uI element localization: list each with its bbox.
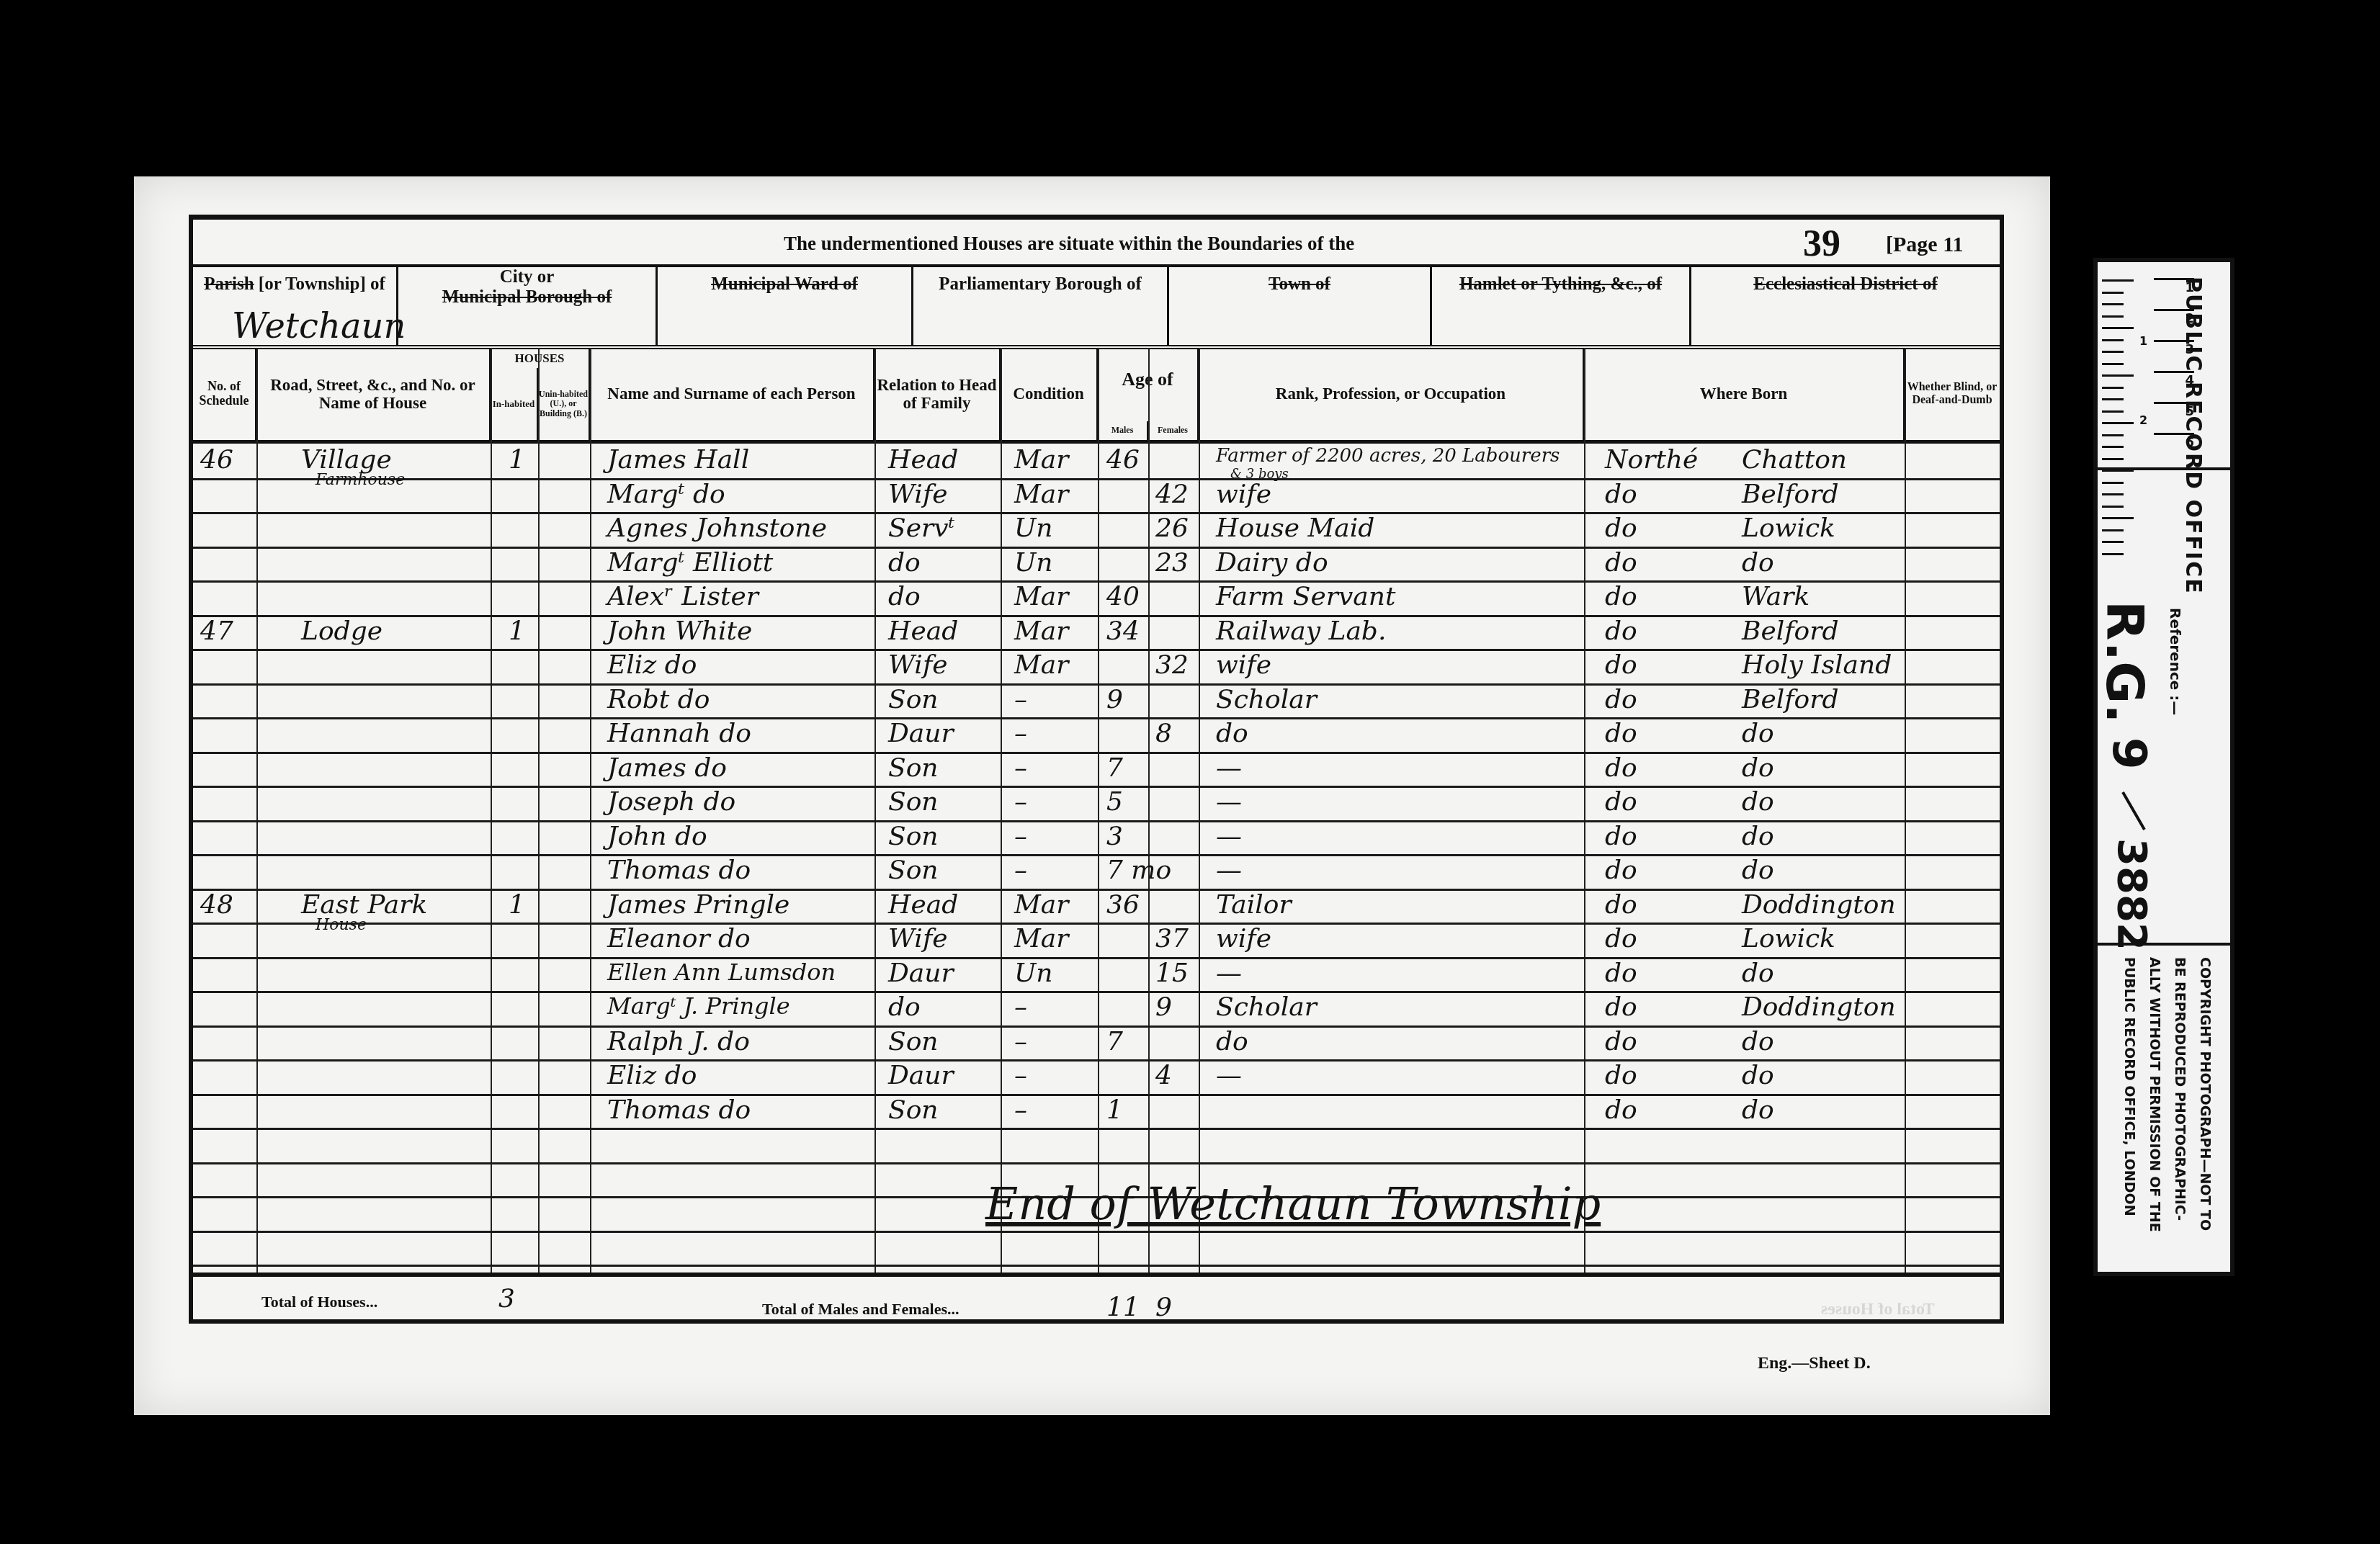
ruler-number: 2 [2139, 413, 2147, 427]
cell-born-county: Northé [1605, 445, 1698, 475]
ruler-tick [2102, 458, 2124, 460]
cell-occupation: Farm Servant [1216, 582, 1395, 611]
cell-condition: Mar [1014, 890, 1069, 920]
cell-born-place: do [1742, 856, 1774, 885]
strip-copyright-4: PUBLIC RECORD OFFICE, LONDON [2121, 957, 2137, 1216]
column-rule [1001, 348, 1002, 1273]
row-rule [193, 717, 2000, 719]
cell-name: Margᵗ J. Pringle [607, 992, 790, 1020]
cell-born-place: Lowick [1742, 924, 1835, 953]
cell-relation: Head [888, 616, 958, 646]
ruler-tick [2102, 410, 2124, 413]
strip-series: R.G. [2095, 601, 2155, 724]
cell-born-county: do [1605, 685, 1637, 714]
header-uninhabited: Unin-habited (U.), or Building (B.) [538, 368, 590, 440]
cell-occupation: — [1216, 959, 1242, 988]
census-form: The undermentioned Houses are situate wi… [189, 215, 2004, 1324]
row-rule [193, 1094, 2000, 1096]
ruler-tick [2102, 482, 2124, 484]
place-ecclesiastical: Ecclesiastical District of [1691, 264, 2000, 345]
place-headers: Parish [or Township] of Wetchaun City or… [193, 264, 2000, 349]
cell-born-county: do [1605, 890, 1637, 920]
cell-male-age: 7 [1106, 753, 1123, 783]
cell-male-age: 7 [1106, 1027, 1123, 1056]
end-of-township-note: End of Wetchaun Township [985, 1177, 1601, 1230]
cell-condition: Mar [1014, 582, 1069, 611]
scale-box: 2 [2154, 309, 2194, 342]
row-rule [193, 820, 2000, 822]
strip-slash [2121, 791, 2145, 830]
cell-road-sub: House [316, 916, 367, 934]
cell-condition: – [1014, 1061, 1027, 1090]
ruler-tick [2102, 351, 2124, 353]
header-name: Name and Surname of each Person [590, 348, 874, 440]
cell-born-place: do [1742, 1095, 1774, 1125]
cell-relation: do [888, 548, 921, 578]
cell-relation: Son [888, 787, 939, 817]
place-label-main: Municipal Borough of [442, 287, 612, 307]
ruler-tick [2102, 434, 2124, 436]
ruler-tick [2102, 327, 2134, 329]
cell-born-place: do [1742, 787, 1774, 817]
row-rule [193, 683, 2000, 686]
cell-name: Ellen Ann Lumsdon [607, 959, 836, 986]
cell-condition: Un [1014, 959, 1053, 988]
cell-born-county: do [1605, 856, 1637, 885]
cell-born-county: do [1605, 959, 1637, 988]
bleed-through-text: Total of Houses [1821, 1300, 1935, 1319]
ruler-tick [2102, 422, 2134, 424]
cell-name: John White [607, 616, 752, 646]
cell-male-age: 1 [1106, 1095, 1123, 1125]
place-borough: City orMunicipal Borough of [398, 264, 658, 345]
cell-schedule: 46 [200, 445, 233, 475]
cell-inhabited: 1 [509, 445, 525, 475]
cell-name: Agnes Johnstone [607, 513, 827, 543]
row-rule [193, 889, 2000, 891]
cell-occupation: Dairy do [1216, 548, 1328, 578]
header-road: Road, Street, &c., and No. or Name of Ho… [256, 348, 491, 440]
cell-relation: Son [888, 1027, 939, 1056]
cell-relation: Wife [888, 480, 948, 509]
cell-born-place: Holy Island [1742, 650, 1892, 680]
cell-relation: Son [888, 1095, 939, 1125]
cell-male-age: 40 [1106, 582, 1140, 611]
cell-name: James do [607, 753, 727, 783]
cell-name: Thomas do [607, 1095, 751, 1125]
ruler-tick [2102, 517, 2134, 519]
cell-condition: – [1014, 822, 1027, 851]
place-ward: Municipal Ward of [658, 264, 913, 345]
cell-born-place: Lowick [1742, 513, 1835, 543]
cell-born-county: do [1605, 822, 1637, 851]
cell-name: Eliz do [607, 650, 697, 680]
cell-inhabited: 1 [509, 890, 525, 920]
column-rule [538, 348, 540, 1273]
place-label: Hamlet or Tything, &c., of [1432, 274, 1689, 295]
scale-box: 6 [2154, 433, 2194, 466]
strip-copyright-1: COPYRIGHT PHOTOGRAPH—NOT TO [2197, 957, 2213, 1231]
cell-occupation: Railway Lab. [1216, 616, 1386, 646]
cell-occupation: — [1216, 787, 1242, 817]
header-where-born: Where Born [1584, 348, 1905, 440]
cell-occupation: Scholar [1216, 992, 1317, 1022]
folio-number: 39 [1803, 223, 1840, 265]
cell-relation: do [888, 582, 921, 611]
cell-male-age: 3 [1106, 822, 1123, 851]
cell-born-county: do [1605, 1095, 1637, 1125]
cell-name: Eliz do [607, 1061, 697, 1090]
cell-born-place: Belford [1742, 685, 1839, 714]
cell-name: Joseph do [607, 787, 735, 817]
cell-female-age: 15 [1155, 959, 1189, 988]
cell-condition: – [1014, 1027, 1027, 1056]
place-label: Parliamentary Borough of [913, 274, 1167, 295]
cell-occupation: Scholar [1216, 685, 1317, 714]
total-females-value: 9 [1155, 1293, 1172, 1322]
ruler-tick [2102, 529, 2124, 531]
ruler-tick [2102, 506, 2124, 508]
strip-copyright-2: BE REPRODUCED PHOTOGRAPHIC- [2172, 957, 2188, 1221]
cell-occupation: wife [1216, 924, 1271, 953]
cell-relation: Wife [888, 924, 948, 953]
row-rule [193, 478, 2000, 480]
cell-condition: Mar [1014, 924, 1069, 953]
place-hamlet: Hamlet or Tything, &c., of [1432, 264, 1691, 345]
header-rule [193, 440, 2000, 444]
cell-born-county: do [1605, 513, 1637, 543]
ruler-tick [2102, 541, 2124, 543]
cell-name: Alexʳ Lister [607, 582, 759, 611]
cell-name: Eleanor do [607, 924, 751, 953]
cell-born-place: Chatton [1742, 445, 1847, 475]
ruler-tick [2102, 315, 2124, 318]
cell-born-place: do [1742, 719, 1774, 748]
total-males-value: 11 [1106, 1293, 1140, 1322]
header-infirmity: Whether Blind, or Deaf-and-Dumb [1905, 348, 2000, 440]
ruler-tick [2102, 363, 2124, 365]
strip-class: 9 [2102, 737, 2155, 770]
cell-male-age: 5 [1106, 787, 1123, 817]
cell-relation: Son [888, 685, 939, 714]
cell-born-place: do [1742, 753, 1774, 783]
row-rule [193, 1025, 2000, 1028]
cell-born-county: do [1605, 1061, 1637, 1090]
cell-name: John do [607, 822, 707, 851]
ruler-tick [2102, 493, 2124, 495]
cell-relation: Head [888, 890, 958, 920]
title-band: The undermentioned Houses are situate wi… [193, 220, 2000, 267]
reference-strip: PUBLIC RECORD OFFICE Reference :— R.G. 9… [2093, 258, 2234, 1276]
parish-value: Wetchaun [232, 306, 406, 346]
column-rule [1905, 348, 1906, 1273]
cell-born-place: do [1742, 822, 1774, 851]
cell-condition: – [1014, 1095, 1027, 1125]
row-rule [193, 752, 2000, 754]
cell-born-place: Doddington [1742, 992, 1896, 1022]
total-persons-label: Total of Males and Females... [762, 1300, 959, 1319]
cell-name: Thomas do [607, 856, 751, 885]
cell-female-age: 8 [1155, 719, 1172, 748]
ruler-tick [2102, 398, 2124, 400]
cell-born-place: do [1742, 959, 1774, 988]
header-schedule: No. of Schedule [193, 348, 256, 440]
place-label: Ecclesiastical District of [1691, 274, 2000, 295]
cell-road: Lodge [301, 616, 382, 646]
row-rule [193, 1162, 2000, 1164]
cell-born-county: do [1605, 924, 1637, 953]
row-rule [193, 854, 2000, 856]
cell-born-county: do [1605, 616, 1637, 646]
cell-born-county: do [1605, 480, 1637, 509]
cell-born-county: do [1605, 787, 1637, 817]
cell-condition: – [1014, 992, 1027, 1022]
row-rule [193, 1128, 2000, 1130]
cell-relation: Son [888, 822, 939, 851]
scale-box: 4 [2154, 371, 2194, 404]
cell-name: Hannah do [607, 719, 751, 748]
cell-female-age: 32 [1155, 650, 1189, 680]
cell-born-county: do [1605, 719, 1637, 748]
cell-relation: Servᵗ [888, 513, 954, 543]
ruler-tick [2102, 279, 2134, 282]
cell-occupation: do [1216, 1027, 1248, 1056]
cell-name: Robt do [607, 685, 710, 714]
ruler-tick [2102, 303, 2124, 305]
scale-box: 5 [2154, 402, 2194, 435]
cell-born-place: Doddington [1742, 890, 1896, 920]
cell-relation: Daur [888, 959, 954, 988]
cell-condition: Un [1014, 513, 1053, 543]
place-parish: Parish [or Township] of Wetchaun [193, 264, 398, 345]
ruler-tick [2102, 553, 2124, 555]
cell-male-age: 7 mo [1106, 856, 1171, 885]
ruler-tick [2102, 387, 2124, 389]
column-rule [1148, 348, 1150, 1273]
row-rule [193, 547, 2000, 549]
cell-name: Ralph J. do [607, 1027, 750, 1056]
form-title: The undermentioned Houses are situate wi… [784, 233, 1354, 255]
ruler-number: 1 [2139, 334, 2147, 348]
cell-road: East Park [301, 890, 427, 920]
scale-box: 3 [2154, 340, 2194, 373]
cell-born-place: do [1742, 1027, 1774, 1056]
column-rule [590, 348, 591, 1273]
total-houses-value: 3 [498, 1284, 515, 1314]
cell-road: Village [301, 445, 392, 475]
strip-divider [2098, 467, 2230, 470]
cell-schedule: 48 [200, 890, 233, 920]
column-rule [1098, 348, 1099, 1273]
cell-relation: Head [888, 445, 958, 475]
row-rule [193, 1265, 2000, 1267]
row-rule [193, 615, 2000, 617]
cell-relation: do [888, 992, 921, 1022]
cell-schedule: 47 [200, 616, 233, 646]
cell-female-age: 42 [1155, 480, 1189, 509]
cell-name: Margᵗ Elliott [607, 548, 773, 578]
place-town: Town of [1169, 264, 1432, 345]
cell-relation: Daur [888, 1061, 954, 1090]
cell-occupation: Tailor [1216, 890, 1292, 920]
ruler-tick [2102, 292, 2124, 294]
row-rule [193, 957, 2000, 959]
sheet-footer: Eng.—Sheet D. [1758, 1354, 1871, 1373]
place-label: Municipal Ward of [658, 274, 911, 295]
row-rule [193, 1059, 2000, 1061]
totals-rule [193, 1273, 2000, 1277]
cell-name: James Hall [607, 445, 749, 475]
header-occupation: Rank, Profession, or Occupation [1199, 348, 1584, 440]
row-rule [193, 649, 2000, 651]
strip-piece: 3882 [2108, 838, 2155, 951]
row-rule [193, 991, 2000, 993]
cell-condition: – [1014, 787, 1027, 817]
cell-born-place: do [1742, 1061, 1774, 1090]
row-rule [193, 1231, 2000, 1233]
header-relation: Relation to Head of Family [874, 348, 1001, 440]
cell-female-age: 9 [1155, 992, 1172, 1022]
ruler-tick [2102, 446, 2124, 448]
column-rule [874, 348, 876, 1273]
header-condition: Condition [1001, 348, 1098, 440]
cell-occupation: Farmer of 2200 acres, 20 Labourers [1216, 445, 1560, 467]
cell-condition: – [1014, 856, 1027, 885]
cell-occupation: — [1216, 822, 1242, 851]
ruler-tick [2102, 339, 2124, 341]
cell-condition: Mar [1014, 445, 1069, 475]
cell-female-age: 26 [1155, 513, 1189, 543]
cell-born-county: do [1605, 992, 1637, 1022]
row-rule [193, 512, 2000, 514]
scale-box: 1 [2154, 278, 2194, 311]
cell-born-place: Belford [1742, 480, 1839, 509]
cell-name: James Pringle [607, 890, 789, 920]
cell-occupation: House Maid [1216, 513, 1374, 543]
header-inhabited: In-habited [491, 368, 538, 440]
column-rule [1199, 348, 1200, 1273]
cell-relation: Son [888, 856, 939, 885]
cell-condition: – [1014, 753, 1027, 783]
place-label-top: City or [500, 267, 555, 287]
column-rule [256, 348, 258, 1273]
cell-condition: Mar [1014, 616, 1069, 646]
cell-occupation: wife [1216, 650, 1271, 680]
cell-occupation: — [1216, 1061, 1242, 1090]
cell-relation: Wife [888, 650, 948, 680]
header-females: Females [1148, 421, 1199, 440]
cell-occupation: wife [1216, 480, 1271, 509]
cell-born-place: do [1742, 548, 1774, 578]
cell-condition: Un [1014, 548, 1053, 578]
strip-copyright-3: ALLY WITHOUT PERMISSION OF THE [2147, 957, 2162, 1232]
cell-male-age: 46 [1106, 445, 1140, 475]
column-rule [1584, 348, 1585, 1273]
row-rule [193, 923, 2000, 925]
column-rule [491, 348, 492, 1273]
cell-male-age: 34 [1106, 616, 1140, 646]
cell-born-county: do [1605, 582, 1637, 611]
cell-female-age: 23 [1155, 548, 1189, 578]
cell-condition: Mar [1014, 480, 1069, 509]
cell-occupation: — [1216, 753, 1242, 783]
cell-born-county: do [1605, 548, 1637, 578]
ruler-tick [2102, 374, 2134, 377]
cell-male-age: 36 [1106, 890, 1140, 920]
cell-born-place: Wark [1742, 582, 1809, 611]
total-houses-label: Total of Houses... [261, 1293, 377, 1311]
cell-born-county: do [1605, 753, 1637, 783]
place-label: City orMunicipal Borough of [398, 267, 656, 308]
cell-female-age: 4 [1155, 1061, 1172, 1090]
row-rule [193, 580, 2000, 583]
cell-inhabited: 1 [509, 616, 525, 646]
cell-occupation: do [1216, 719, 1248, 748]
cell-occupation: — [1216, 856, 1242, 885]
strip-divider [2098, 943, 2230, 946]
cell-condition: – [1014, 719, 1027, 748]
row-rule [193, 786, 2000, 788]
strip-reference-label: Reference :— [2167, 608, 2184, 715]
place-label: Town of [1169, 274, 1430, 295]
header-males: Males [1098, 421, 1148, 440]
cell-condition: – [1014, 685, 1027, 714]
cell-relation: Daur [888, 719, 954, 748]
place-parliamentary: Parliamentary Borough of [913, 264, 1169, 345]
cell-born-county: do [1605, 650, 1637, 680]
cell-female-age: 37 [1155, 924, 1189, 953]
cell-relation: Son [888, 753, 939, 783]
cell-male-age: 9 [1106, 685, 1123, 714]
cell-born-county: do [1605, 1027, 1637, 1056]
place-label: Parish [or Township] of [193, 274, 396, 295]
cell-born-place: Belford [1742, 616, 1839, 646]
cell-condition: Mar [1014, 650, 1069, 680]
cell-name: Margᵗ do [607, 480, 725, 509]
page-number: [Page 11 [1886, 233, 1963, 257]
cell-road-sub: Farmhouse [316, 471, 405, 489]
